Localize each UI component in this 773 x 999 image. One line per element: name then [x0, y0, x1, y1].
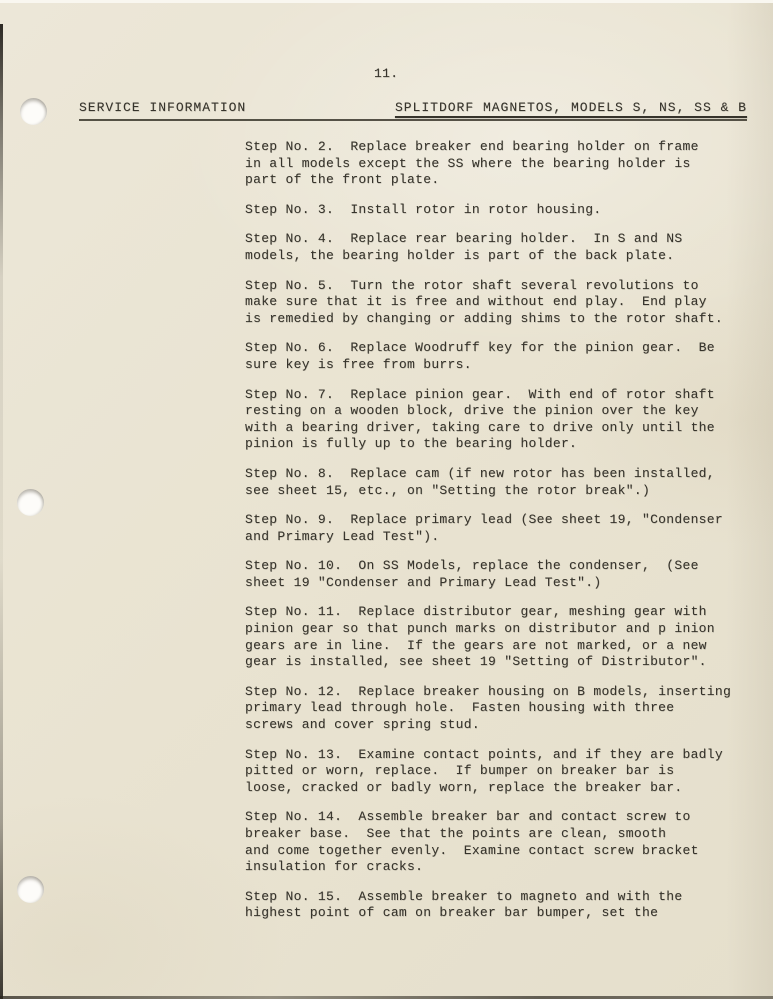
- scan-edge-left: [0, 24, 3, 999]
- step-paragraph-10: Step No. 10. On SS Models, replace the c…: [245, 558, 725, 591]
- step-paragraph-5: Step No. 5. Turn the rotor shaft several…: [245, 278, 725, 328]
- step-paragraph-9: Step No. 9. Replace primary lead (See sh…: [245, 512, 725, 545]
- step-paragraph-4: Step No. 4. Replace rear bearing holder.…: [245, 231, 725, 264]
- steps-list: Step No. 2. Replace breaker end bearing …: [245, 139, 725, 935]
- scan-edge-top: [0, 0, 773, 3]
- step-paragraph-6: Step No. 6. Replace Woodruff key for the…: [245, 340, 725, 373]
- step-paragraph-2: Step No. 2. Replace breaker end bearing …: [245, 139, 725, 189]
- step-paragraph-12: Step No. 12. Replace breaker housing on …: [245, 684, 725, 734]
- step-paragraph-8: Step No. 8. Replace cam (if new rotor ha…: [245, 466, 725, 499]
- step-paragraph-15: Step No. 15. Assemble breaker to magneto…: [245, 889, 725, 922]
- header-left-title: SERVICE INFORMATION: [79, 100, 246, 115]
- scanned-document-page: 11. SERVICE INFORMATION SPLITDORF MAGNET…: [0, 0, 773, 999]
- step-paragraph-3: Step No. 3. Install rotor in rotor housi…: [245, 202, 725, 219]
- page-number: 11.: [374, 66, 398, 81]
- step-paragraph-11: Step No. 11. Replace distributor gear, m…: [245, 604, 725, 670]
- step-paragraph-14: Step No. 14. Assemble breaker bar and co…: [245, 809, 725, 875]
- hole-punch-top: [20, 98, 47, 125]
- step-paragraph-7: Step No. 7. Replace pinion gear. With en…: [245, 387, 725, 453]
- hole-punch-bottom: [17, 876, 44, 903]
- page-header: SERVICE INFORMATION SPLITDORF MAGNETOS, …: [79, 100, 747, 121]
- step-paragraph-13: Step No. 13. Examine contact points, and…: [245, 747, 725, 797]
- hole-punch-middle: [17, 489, 44, 516]
- header-right-title: SPLITDORF MAGNETOS, MODELS S, NS, SS & B: [395, 100, 747, 115]
